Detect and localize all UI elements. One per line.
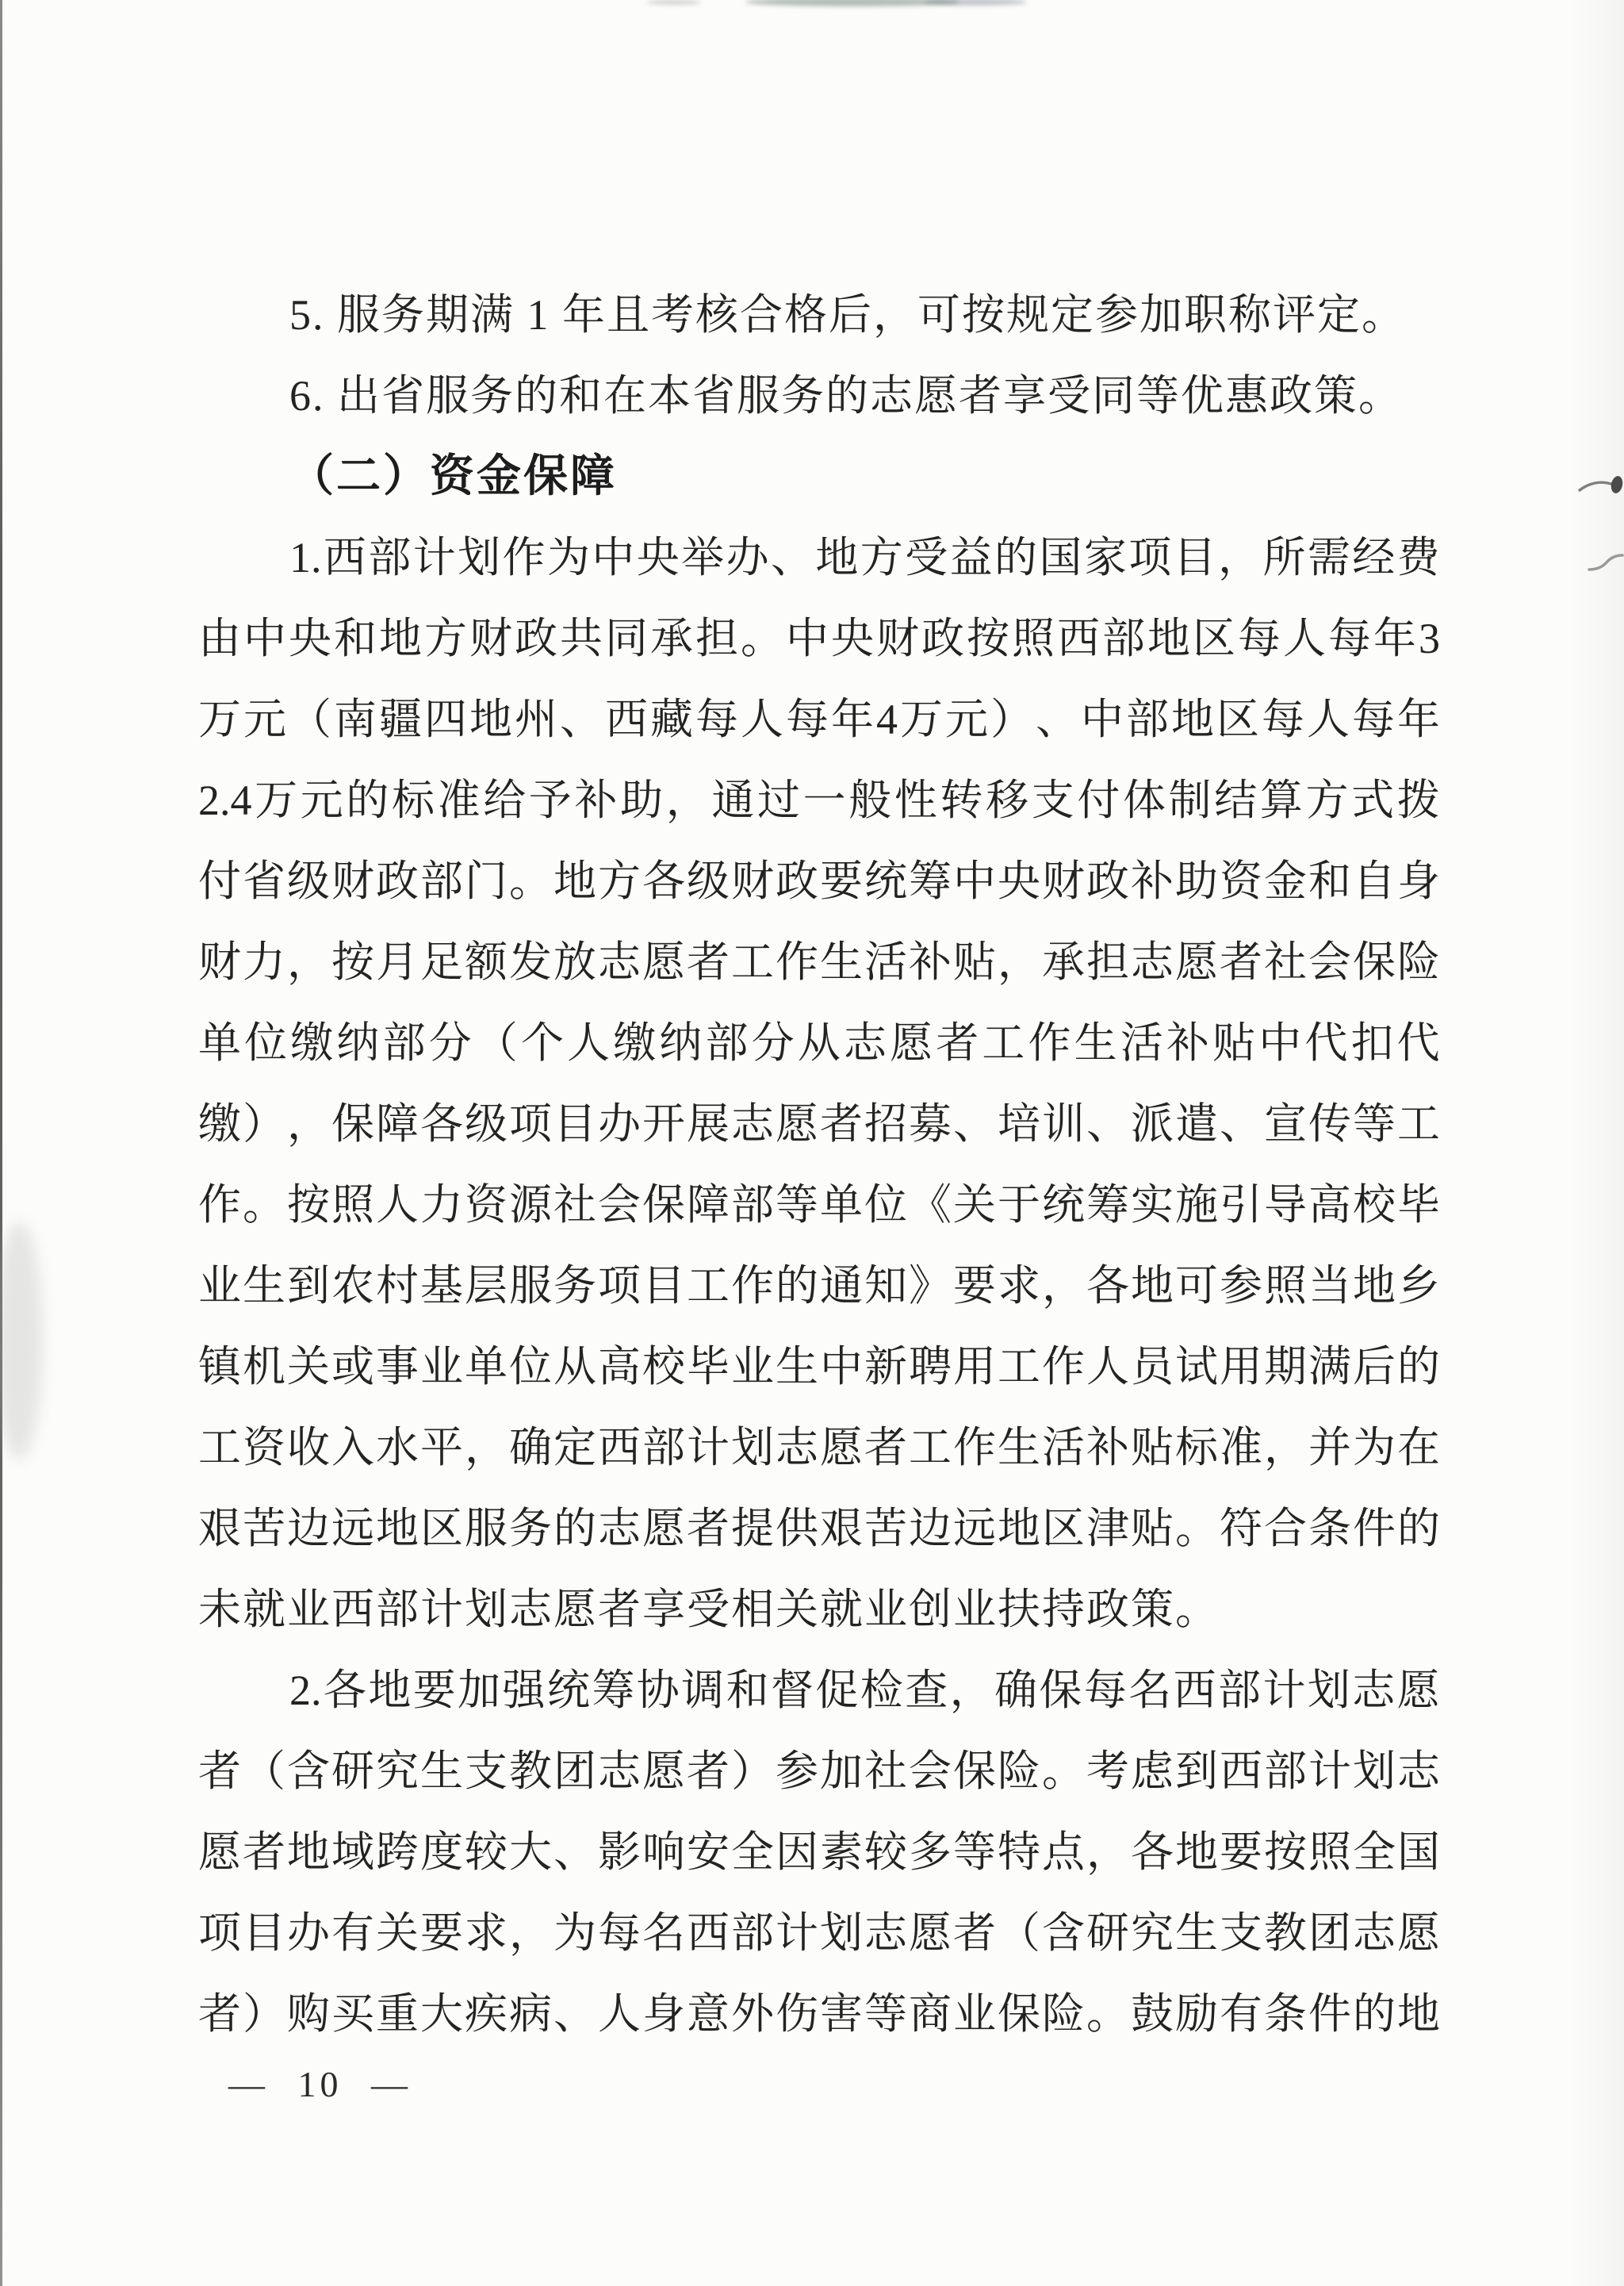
page-number: — 10 —: [228, 2059, 412, 2110]
body-line: 项目办有关要求，为每名西部计划志愿者（含研究生支教团志愿: [198, 1893, 1440, 1973]
body-line: 作。按照人力资源社会保障部等单位《关于统筹实施引导高校毕: [198, 1164, 1440, 1245]
document-body: 5. 服务期满 1 年且考核合格后，可按规定参加职称评定。 6. 出省服务的和在…: [198, 274, 1440, 2054]
body-line: 缴），保障各级项目办开展志愿者招募、培训、派遣、宣传等工: [198, 1084, 1440, 1164]
scan-edge-line: [0, 0, 2, 2286]
body-line: 未就业西部计划志愿者享受相关就业创业扶持政策。: [198, 1569, 1440, 1650]
section-heading: （二）资金保障: [198, 436, 1440, 517]
body-line: 单位缴纳部分（个人缴纳部分从志愿者工作生活补贴中代扣代: [198, 1003, 1440, 1084]
body-line: 5. 服务期满 1 年且考核合格后，可按规定参加职称评定。: [198, 274, 1440, 355]
body-line: 1.西部计划作为中央举办、地方受益的国家项目，所需经费: [198, 517, 1440, 598]
body-line: 2.各地要加强统筹协调和督促检查，确保每名西部计划志愿: [198, 1650, 1440, 1731]
body-line: 万元（南疆四地州、西藏每人每年4万元）、中部地区每人每年: [198, 679, 1440, 760]
body-line: 者（含研究生支教团志愿者）参加社会保险。考虑到西部计划志: [198, 1731, 1440, 1812]
body-line: 愿者地域跨度较大、影响安全因素较多等特点，各地要按照全国: [198, 1812, 1440, 1893]
scan-right-shade: [1568, 0, 1624, 2286]
body-line: 工资收入水平，确定西部计划志愿者工作生活补贴标准，并为在: [198, 1407, 1440, 1488]
body-line: 6. 出省服务的和在本省服务的志愿者享受同等优惠政策。: [198, 355, 1440, 436]
scan-smudge-left: [0, 1222, 43, 1459]
body-line: 艰苦边远地区服务的志愿者提供艰苦边远地区津贴。符合条件的: [198, 1488, 1440, 1569]
body-line: 2.4万元的标准给予补助，通过一般性转移支付体制结算方式拨: [198, 760, 1440, 841]
scanned-document-page: 5. 服务期满 1 年且考核合格后，可按规定参加职称评定。 6. 出省服务的和在…: [0, 0, 1624, 2286]
body-line: 镇机关或事业单位从高校毕业生中新聘用工作人员试用期满后的: [198, 1326, 1440, 1407]
scan-mark-squiggle: [1578, 470, 1624, 504]
body-line: 财力，按月足额发放志愿者工作生活补贴，承担志愿者社会保险: [198, 922, 1440, 1003]
scan-smudge-top: [924, 0, 1027, 6]
body-line: 者）购买重大疾病、人身意外伤害等商业保险。鼓励有条件的地: [198, 1973, 1440, 2054]
scan-mark-curve: [1588, 546, 1624, 577]
scan-smudge-top: [646, 0, 702, 5]
body-line: 由中央和地方财政共同承担。中央财政按照西部地区每人每年3: [198, 598, 1440, 679]
body-line: 业生到农村基层服务项目工作的通知》要求，各地可参照当地乡: [198, 1245, 1440, 1326]
body-line: 付省级财政部门。地方各级财政要统筹中央财政补助资金和自身: [198, 841, 1440, 922]
